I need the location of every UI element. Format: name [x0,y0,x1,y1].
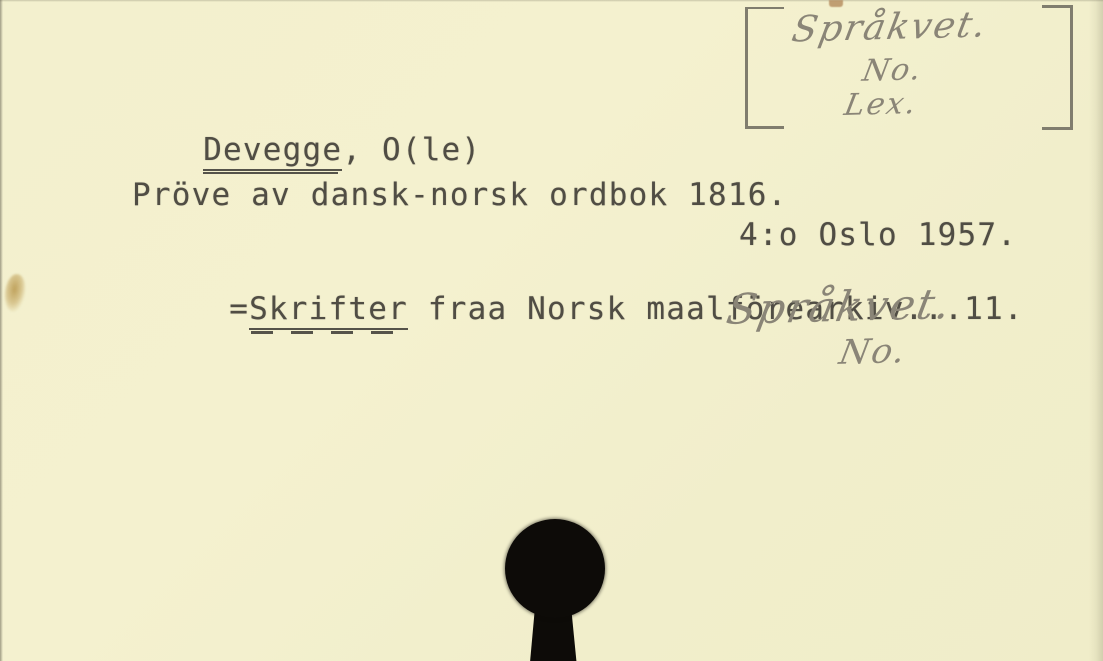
classification-line-1: Språkvet. [789,4,991,50]
classification-bracket-box: Språkvet. No. Lex. [745,5,1075,127]
imprint-line: 4:o Oslo 1957. [739,217,1017,253]
handwritten-note: Språkvet. No. [700,282,1060,377]
right-bracket-mark [1042,5,1073,130]
stain-mark [2,273,27,313]
handwritten-note-line-1: Språkvet. [723,279,956,334]
scanned-catalog-card-page: Språkvet. No. Lex. Devegge, O(le) Pröve … [0,0,1103,661]
title-line: Pröve av dansk-norsk ordbok 1816. [132,177,788,213]
author-forename: , O(le) [342,132,481,168]
handwritten-note-line-2: No. [836,331,910,373]
series-prefix: = [229,291,249,327]
top-edge-mark [829,0,843,7]
left-bracket-mark [745,7,784,129]
series-title: Skrifter [249,291,408,330]
classification-line-2: No. [860,52,926,89]
punch-hole-circle-icon [505,519,605,618]
catalog-card: Språkvet. No. Lex. Devegge, O(le) Pröve … [0,0,1103,661]
author-surname: Devegge [203,132,342,171]
classification-line-3: Lex. [842,86,921,123]
